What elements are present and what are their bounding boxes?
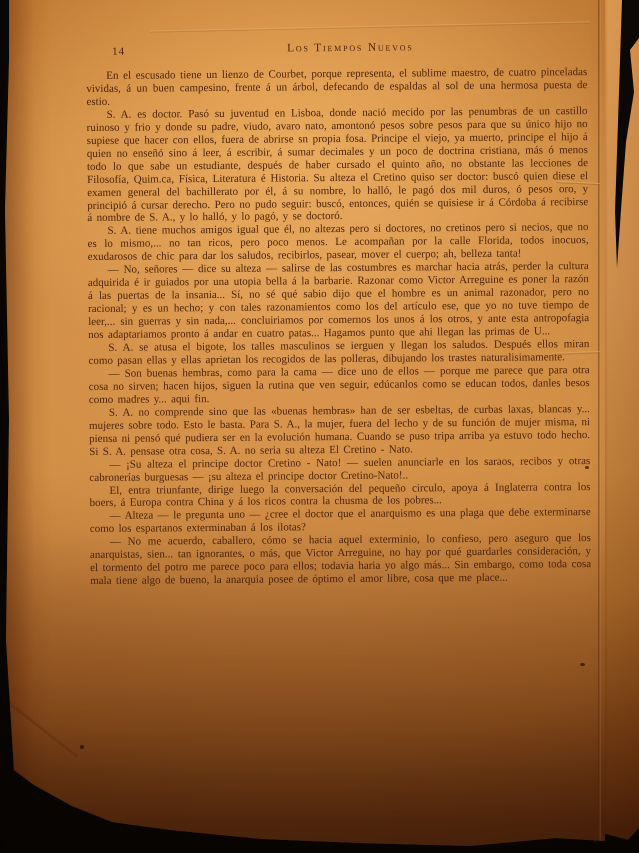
running-head: 14 Los Tiempos Nuevos [86,40,587,62]
crease-line [150,21,590,32]
crease-line [598,0,601,853]
page-number: 14 [112,46,125,58]
article-paragraph: S. A. es doctor. Pasó su juventud en Lis… [87,105,589,226]
magazine-page: 14 Los Tiempos Nuevos En el escusado tie… [0,0,605,853]
article-paragraph: — ¡Su alteza el principe doctor Cretino … [89,455,590,485]
article-paragraph: S. A. tiene muchos amigos igual que él, … [87,221,588,264]
article-text: En el escusado tiene un lienzo de Courbe… [86,66,591,588]
article-paragraph: S. A. no comprende sino que las «buenas … [89,403,590,459]
article-paragraph: — Son buenas hembras, como para la cama … [89,364,590,407]
paper-speck [80,745,84,749]
page-content: 14 Los Tiempos Nuevos En el escusado tie… [86,40,591,588]
article-paragraph: — Alteza — le pregunta uno — ¿cree el do… [90,506,591,536]
journal-title: Los Tiempos Nuevos [287,41,414,54]
paper-speck [580,663,585,666]
crease-line [6,700,79,758]
article-paragraph: El, entra triunfante, dirige luego la co… [89,481,590,511]
article-paragraph: — No me acuerdo, caballero, cómo se haci… [90,532,591,588]
article-paragraph: En el escusado tiene un lienzo de Courbe… [86,66,587,109]
article-paragraph: — No, señores — dice su alteza — salirse… [88,260,590,342]
article-paragraph: S. A. se atusa el bigote, los talles mas… [88,338,589,368]
photo-background: 14 Los Tiempos Nuevos En el escusado tie… [0,0,639,853]
